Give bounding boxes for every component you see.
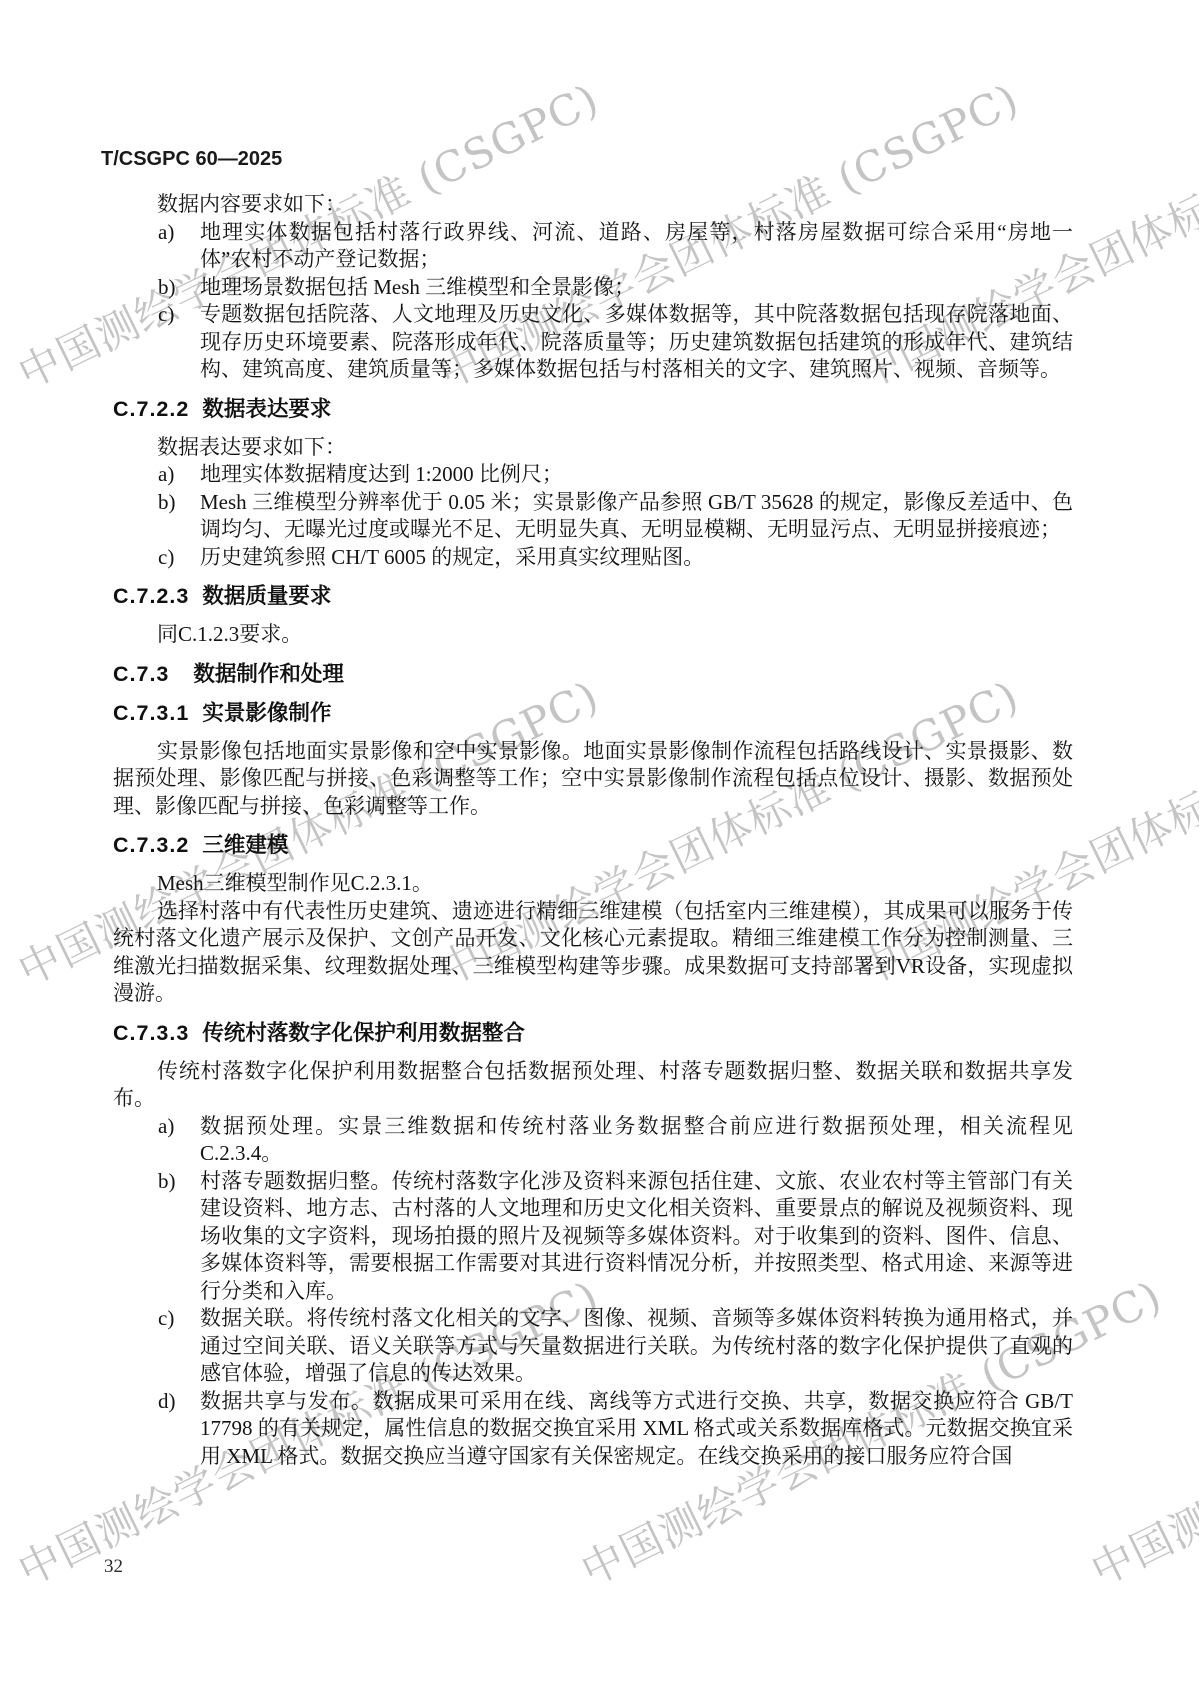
list-marker: c) [158,1305,174,1333]
list-marker: b) [158,274,176,302]
section-heading-c73: C.7.3数据制作和处理 [113,660,1073,688]
page-content: 数据内容要求如下： a) 地理实体数据包括村落行政界线、河流、道路、房屋等，村落… [113,191,1073,1470]
heading-number: C.7.2.2 [113,397,189,421]
page-number: 32 [104,1556,123,1578]
list-item-d: d) 数据共享与发布。数据成果可采用在线、离线等方式进行交换、共享，数据交换应符… [113,1388,1073,1471]
list-item-text: 村落专题数据归整。传统村落数字化涉及资料来源包括住建、文旅、农业农村等主管部门有… [200,1169,1073,1303]
list-marker: a) [158,461,174,489]
section-heading-c731: C.7.3.1实景影像制作 [113,699,1073,727]
list-item-a: a) 地理实体数据包括村落行政界线、河流、道路、房屋等，村落房屋数据可综合采用“… [113,219,1073,274]
list-marker: b) [158,489,176,517]
paragraph-data-content-intro: 数据内容要求如下： [113,191,1073,219]
list-item-b: b) 村落专题数据归整。传统村落数字化涉及资料来源包括住建、文旅、农业农村等主管… [113,1168,1073,1306]
section-heading-c732: C.7.3.2三维建模 [113,831,1073,859]
list-item-b: b) 地理场景数据包括 Mesh 三维模型和全景影像； [113,274,1073,302]
list-item-text: 数据共享与发布。数据成果可采用在线、离线等方式进行交换、共享，数据交换应符合 G… [200,1389,1073,1468]
paragraph-c723: 同C.1.2.3要求。 [113,621,1073,649]
list-item-c: c) 专题数据包括院落、人文地理及历史文化、多媒体数据等，其中院落数据包括现存院… [113,301,1073,384]
list-marker: c) [158,301,174,329]
list-item-c: c) 数据关联。将传统村落文化相关的文字、图像、视频、音频等多媒体资料转换为通用… [113,1305,1073,1388]
list-item-text: 专题数据包括院落、人文地理及历史文化、多媒体数据等，其中院落数据包括现存院落地面… [200,302,1073,381]
list-marker: c) [158,544,174,572]
heading-title: 数据制作和处理 [193,662,344,686]
section-heading-c723: C.7.2.3数据质量要求 [113,582,1073,610]
list-item-text: 地理实体数据精度达到 1:2000 比例尺； [200,462,563,486]
doc-code: T/CSGPC 60—2025 [101,147,282,171]
list-item-text: 数据预处理。实景三维数据和传统村落业务数据整合前应进行数据预处理，相关流程见C.… [200,1114,1073,1166]
document-page: 中国测绘学会团体标准 (CSGPC) 中国测绘学会团体标准 (CSGPC) 中国… [0,0,1199,1696]
paragraph-c733-intro: 传统村落数字化保护利用数据整合包括数据预处理、村落专题数据归整、数据关联和数据共… [113,1058,1073,1113]
list-marker: b) [158,1168,176,1196]
list-item-text: 历史建筑参照 CH/T 6005 的规定，采用真实纹理贴图。 [200,545,704,569]
heading-title: 实景影像制作 [202,701,331,725]
heading-number: C.7.3.3 [113,1021,189,1045]
heading-number: C.7.2.3 [113,584,189,608]
list-item-a: a) 地理实体数据精度达到 1:2000 比例尺； [113,461,1073,489]
paragraph-data-express-intro: 数据表达要求如下： [113,434,1073,462]
list-item-c: c) 历史建筑参照 CH/T 6005 的规定，采用真实纹理贴图。 [113,544,1073,572]
paragraph-c731: 实景影像包括地面实景影像和空中实景影像。地面实景影像制作流程包括路线设计、实景摄… [113,738,1073,821]
heading-title: 数据表达要求 [202,397,331,421]
list-marker: a) [158,219,174,247]
heading-title: 传统村落数字化保护利用数据整合 [202,1021,525,1045]
list-item-a: a) 数据预处理。实景三维数据和传统村落业务数据整合前应进行数据预处理，相关流程… [113,1113,1073,1168]
list-item-b: b) Mesh 三维模型分辨率优于 0.05 米；实景影像产品参照 GB/T 3… [113,489,1073,544]
heading-number: C.7.3.1 [113,701,189,725]
paragraph-c732-2: 选择村落中有代表性历史建筑、遗迹进行精细三维建模（包括室内三维建模），其成果可以… [113,898,1073,1008]
list-item-text: 地理场景数据包括 Mesh 三维模型和全景影像； [200,275,635,299]
section-heading-c733: C.7.3.3传统村落数字化保护利用数据整合 [113,1019,1073,1047]
list-item-text: 数据关联。将传统村落文化相关的文字、图像、视频、音频等多媒体资料转换为通用格式，… [200,1306,1073,1385]
list-marker: a) [158,1113,174,1141]
paragraph-c732-1: Mesh三维模型制作见C.2.3.1。 [113,870,1073,898]
list-item-text: 地理实体数据包括村落行政界线、河流、道路、房屋等，村落房屋数据可综合采用“房地一… [200,220,1073,272]
heading-title: 数据质量要求 [202,584,331,608]
heading-number: C.7.3.2 [113,833,189,857]
list-item-text: Mesh 三维模型分辨率优于 0.05 米；实景影像产品参照 GB/T 3562… [200,490,1073,542]
heading-title: 三维建模 [202,833,288,857]
list-marker: d) [158,1388,176,1416]
heading-number: C.7.3 [113,662,169,686]
section-heading-c722: C.7.2.2数据表达要求 [113,395,1073,423]
